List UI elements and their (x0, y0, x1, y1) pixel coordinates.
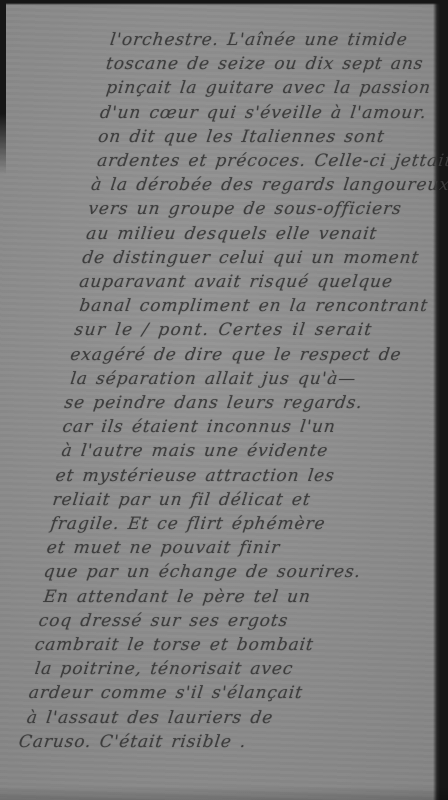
handwritten-line: se peindre dans leurs regards. (63, 391, 426, 415)
handwritten-line: la poitrine, ténorisait avec (33, 657, 393, 681)
handwritten-line: et mystérieuse attraction les (54, 464, 417, 488)
handwritten-line: cambrait le torse et bombait (33, 633, 396, 657)
handwritten-line: à l'assaut des lauriers de (25, 706, 387, 730)
handwritten-line: sur le / pont. Certes il serait (73, 318, 435, 342)
handwritten-line: Caruso. C'était risible . (17, 730, 384, 754)
scan-edge-top (0, 0, 448, 5)
handwritten-line: fragile. Et ce flirt éphémère (49, 512, 411, 536)
handwritten-line: reliait par un fil délicat et (51, 488, 414, 512)
handwritten-line: car ils étaient inconnus l'un (61, 415, 423, 439)
handwritten-text-block: l'orchestre. L'aînée une timidetoscane d… (21, 28, 448, 754)
scanned-manuscript-page: l'orchestre. L'aînée une timidetoscane d… (0, 0, 448, 800)
handwritten-line: ardeur comme s'il s'élançait (27, 681, 390, 705)
handwritten-line: on dit que les Italiennes sont (97, 125, 448, 149)
handwritten-line: d'un cœur qui s'éveille à l'amour. (99, 101, 448, 125)
handwritten-line: coq dressé sur ses ergots (37, 609, 399, 633)
handwritten-line: toscane de seize ou dix sept ans (105, 52, 448, 76)
handwritten-line: banal compliment en la rencontrant (78, 294, 438, 318)
handwritten-line: vers un groupe de sous-officiers (87, 197, 448, 221)
handwritten-line: auparavant avait risqué quelque (78, 270, 441, 294)
handwritten-line: à l'autre mais une évidente (60, 439, 420, 463)
handwritten-line: au milieu desquels elle venait (85, 222, 447, 246)
handwritten-line: exagéré de dire que le respect de (69, 343, 432, 367)
handwritten-line: que par un échange de sourires. (42, 560, 405, 584)
handwritten-line: la séparation allait jus qu'à— (69, 367, 429, 391)
scan-edge-left (0, 0, 6, 175)
handwritten-line: pinçait la guitare avec la passion (105, 76, 448, 100)
handwritten-line: En attendant le père tel un (42, 585, 402, 609)
handwritten-line: de distinguer celui qui un moment (81, 246, 444, 270)
handwritten-line: l'orchestre. L'aînée une timide (109, 28, 448, 52)
handwritten-line: à la dérobée des regards langoureux— (90, 173, 448, 197)
scan-edge-bottom-shade (0, 786, 448, 800)
handwritten-line: et muet ne pouvait finir (45, 536, 408, 560)
handwritten-line: ardentes et précoces. Celle-ci jettait (96, 149, 448, 173)
